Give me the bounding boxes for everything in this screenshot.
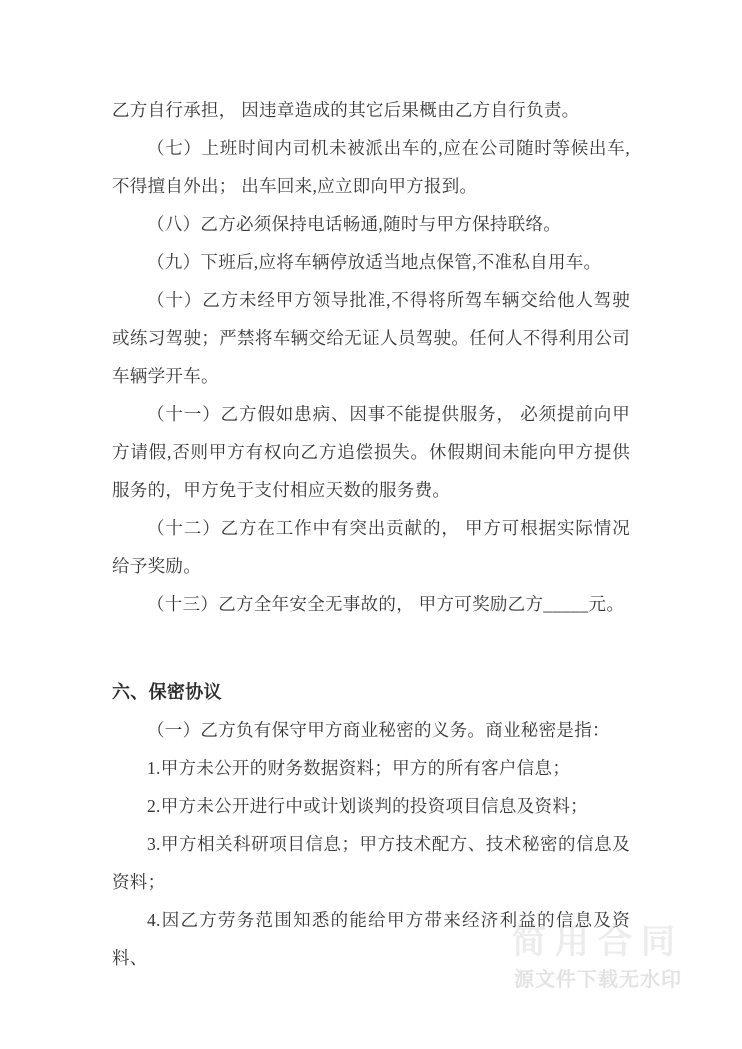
clause-9: （九）下班后,应将车辆停放适当地点保管,不准私自用车。 xyxy=(112,243,630,281)
clause-12: （十二）乙方在工作中有突出贡献的， 甲方可根据实际情况给予奖励。 xyxy=(112,509,630,585)
clause-10: （十）乙方未经甲方领导批准,不得将所驾车辆交给他人驾驶或练习驾驶；严禁将车辆交给… xyxy=(112,281,630,395)
clause-11: （十一）乙方假如患病、因事不能提供服务， 必须提前向甲方请假,否则甲方有权向乙方… xyxy=(112,395,630,509)
section-6-heading: 六、保密协议 xyxy=(112,673,630,711)
section6-item-3: 3.甲方相关科研项目信息；甲方技术配方、技术秘密的信息及资料； xyxy=(112,825,630,901)
contract-body: 乙方自行承担， 因违章造成的其它后果概由乙方自行负责。 （七）上班时间内司机未被… xyxy=(112,91,630,977)
clause-8: （八）乙方必须保持电话畅通,随时与甲方保持联络。 xyxy=(112,205,630,243)
clause-13: （十三）乙方全年安全无事故的， 甲方可奖励乙方_____元。 xyxy=(112,585,630,623)
section6-item-1: 1.甲方未公开的财务数据资料；甲方的所有客户信息； xyxy=(112,749,630,787)
section6-item-4: 4.因乙方劳务范围知悉的能给甲方带来经济利益的信息及资料、 xyxy=(112,901,630,977)
document-page: 简用合同 源文件下载无水印 乙方自行承担， 因违章造成的其它后果概由乙方自行负责… xyxy=(0,0,742,1049)
section6-clause-1: （一）乙方负有保守甲方商业秘密的义务。商业秘密是指： xyxy=(112,711,630,749)
clause-continuation: 乙方自行承担， 因违章造成的其它后果概由乙方自行负责。 xyxy=(112,91,630,129)
clause-7: （七）上班时间内司机未被派出车的,应在公司随时等候出车,不得擅自外出； 出车回来… xyxy=(112,129,630,205)
section6-item-2: 2.甲方未公开进行中或计划谈判的投资项目信息及资料； xyxy=(112,787,630,825)
